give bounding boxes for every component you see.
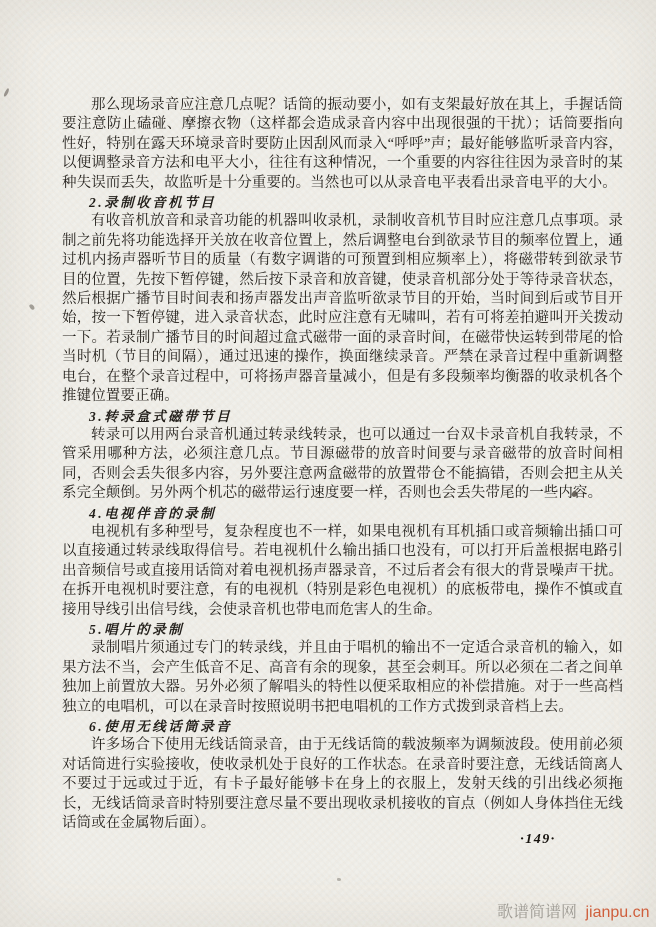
body-text: 那么现场录音应注意几点呢？话筒的振动要小，如有支架最好放在其上，手握话筒要注意防… [62, 96, 623, 833]
record-disc-paragraph: 录制唱片须通过专门的转录线，并且由于唱机的输出不一定适合录音机的输入，如果方法不… [62, 639, 623, 717]
section-heading-dubbing: 3.转录盒式磁带节目 [62, 407, 623, 426]
scan-noise-speck [29, 303, 36, 310]
section-heading-record-disc: 5.唱片的录制 [62, 620, 623, 639]
wireless-mic-paragraph: 许多场合下使用无线话筒录音，由于无线话筒的载波频率为调频波段。使用前必须对话筒进… [62, 736, 623, 833]
tape-dubbing-paragraph: 转录可以用两台录音机通过转录线转录，也可以通过一台双卡录音机自我转录，不管采用哪… [62, 426, 623, 504]
section-heading-tv-audio: 4.电视伴音的录制 [62, 504, 623, 523]
scan-noise-speck [3, 88, 10, 97]
radio-recording-paragraph: 有收音机放音和录音功能的机器叫收录机，录制收音机节目时应注意几点事项。录制之前先… [62, 212, 623, 406]
intro-paragraph: 那么现场录音应注意几点呢？话筒的振动要小，如有支架最好放在其上，手握话筒要注意防… [62, 96, 623, 193]
watermark: 歌谱简谱网 jianpu.cn [497, 899, 650, 922]
section-heading-radio: 2.录制收音机节目 [62, 193, 623, 212]
watermark-site-name: 歌谱简谱网 [497, 904, 577, 921]
watermark-site-url: jianpu.cn [585, 904, 649, 921]
page-number: ·149· [506, 832, 570, 848]
section-heading-wireless-mic: 6.使用无线话筒录音 [62, 717, 623, 736]
tv-audio-paragraph: 电视机有多种型号，复杂程度也不一样，如果电视机有耳机插口或音频输出插口可以直接通… [62, 523, 623, 620]
scanned-book-page: 那么现场录音应注意几点呢？话筒的振动要小，如有支架最好放在其上，手握话筒要注意防… [0, 0, 656, 927]
scan-noise-speck [337, 878, 341, 881]
